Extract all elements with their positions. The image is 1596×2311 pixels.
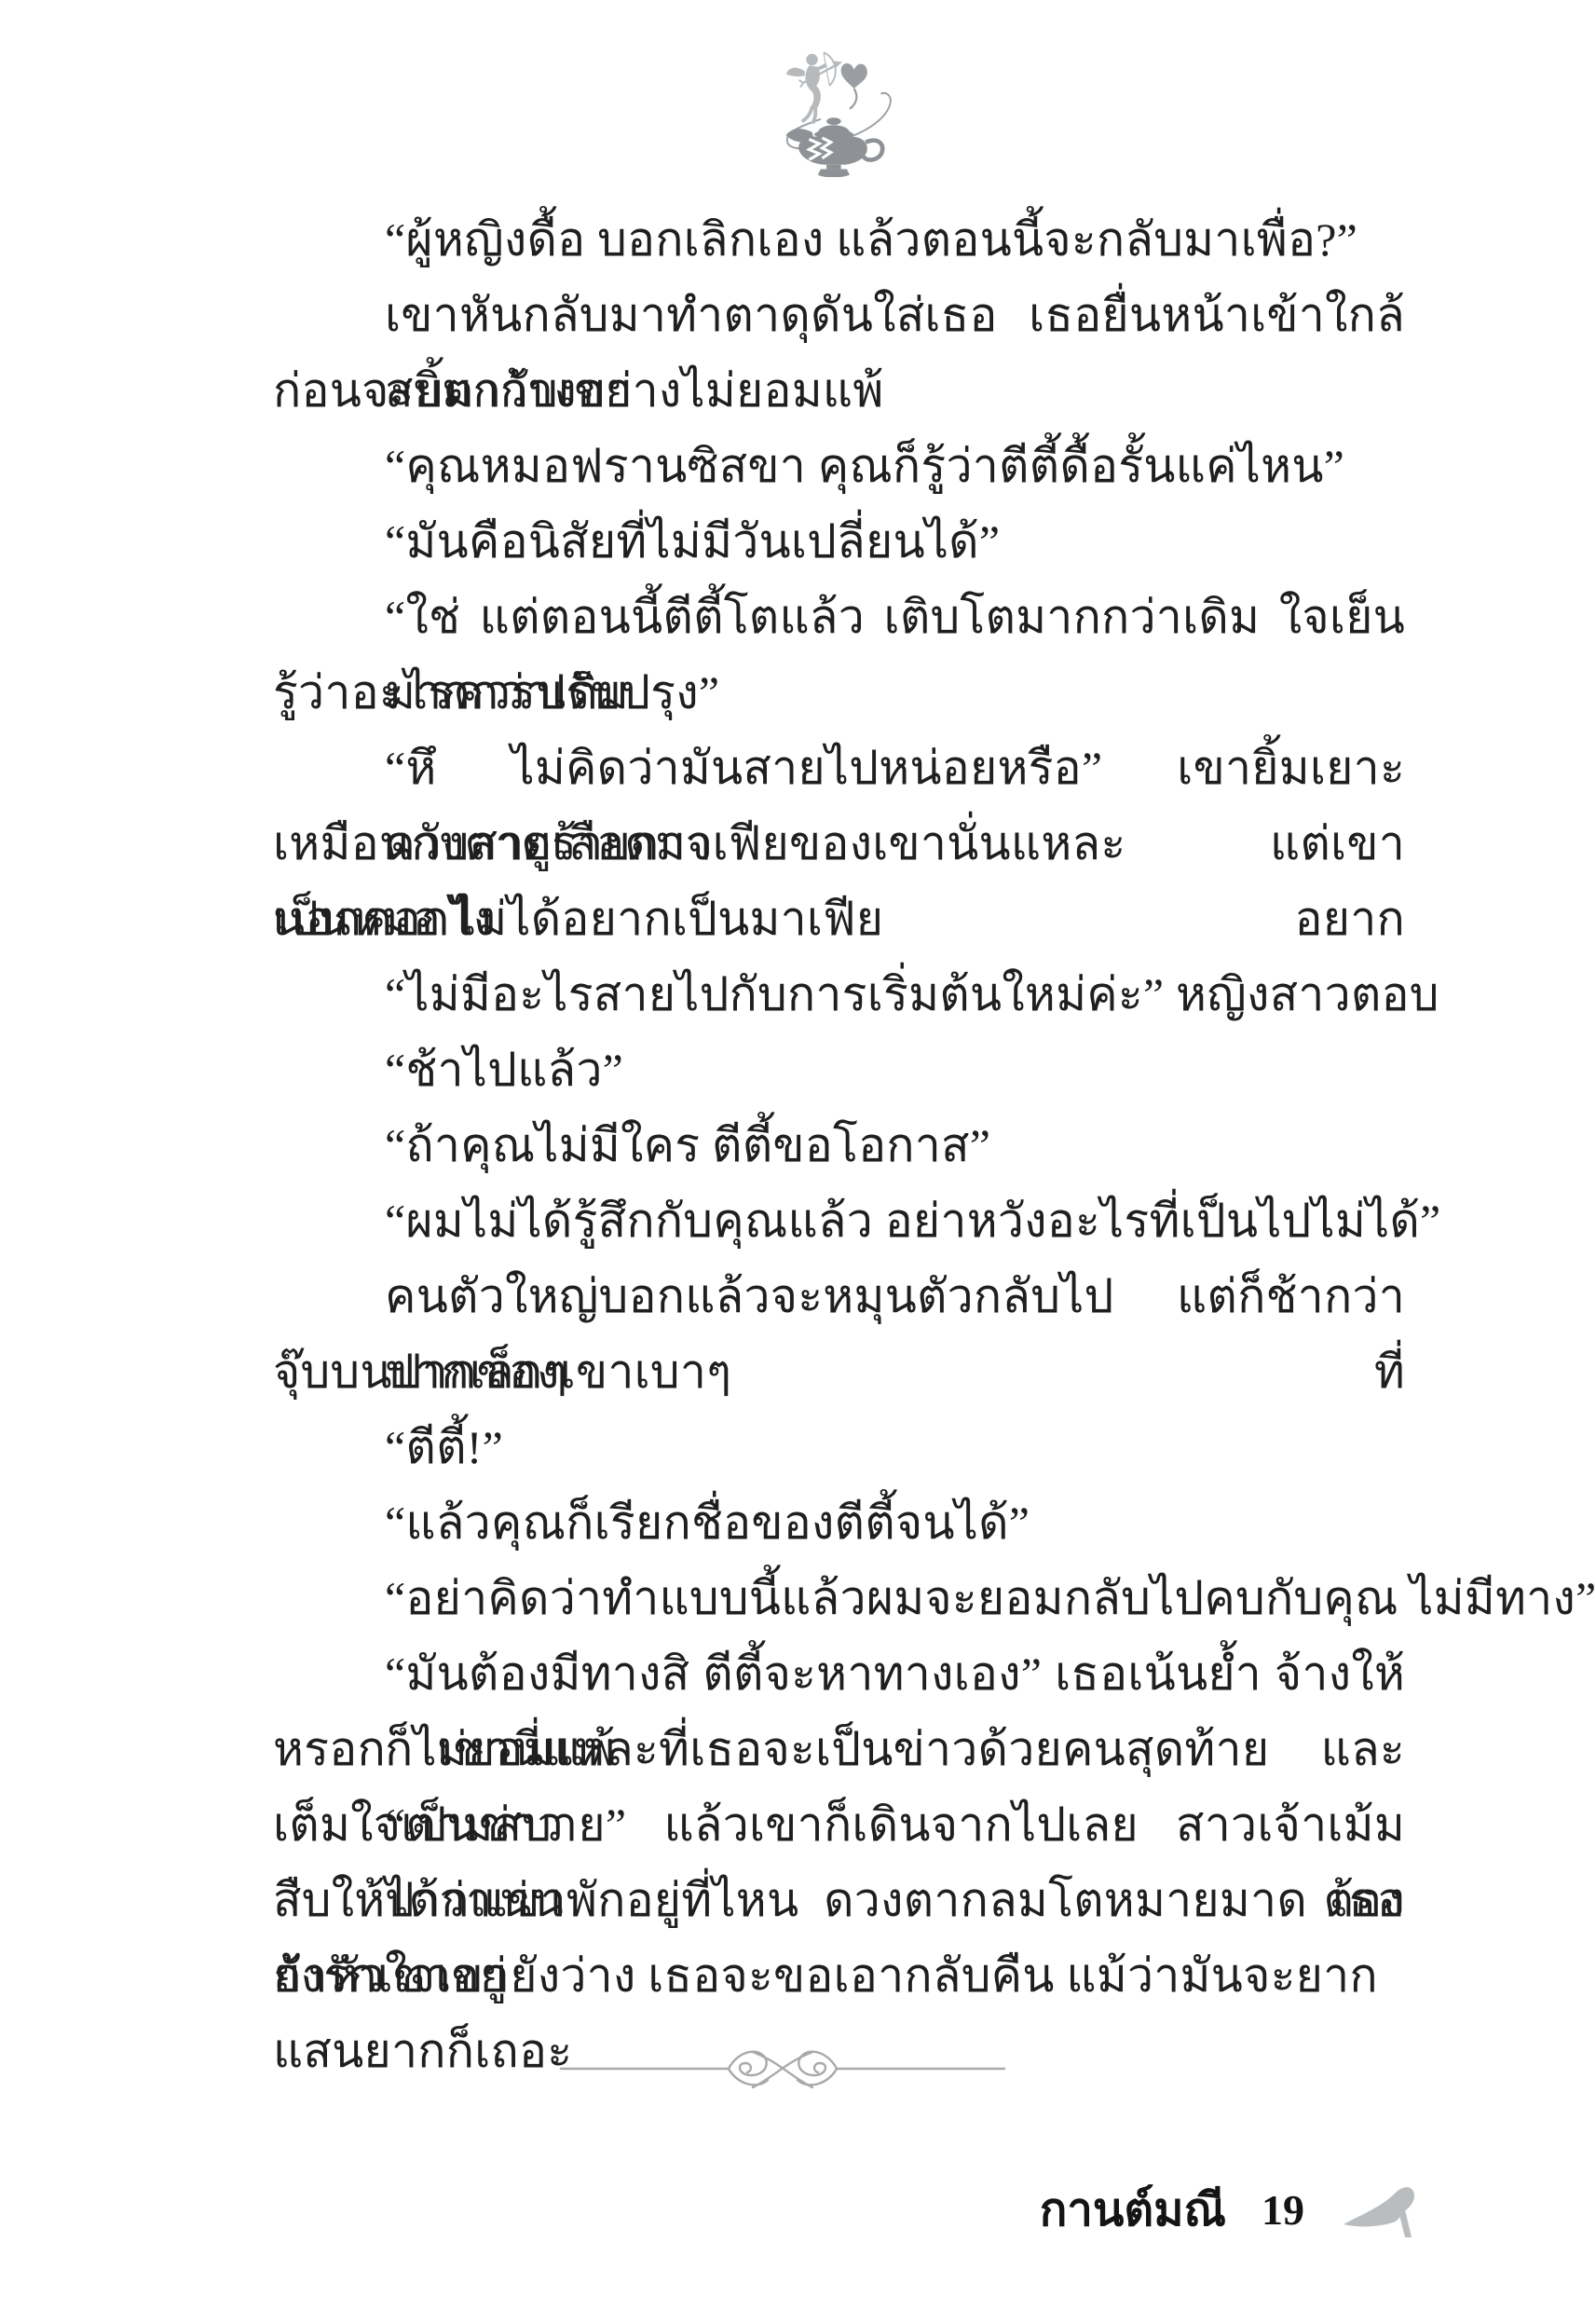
book-page: “ผู้หญิงดื้อ บอกเลิกเอง แล้วตอนนี้จะกลับ… bbox=[0, 0, 1596, 2311]
text-line: ก่อนจะยิ้มกว้างอย่างไม่ยอมแพ้ bbox=[273, 353, 1405, 429]
text-line: “คุณหมอฟรานซิสขา คุณก็รู้ว่าตีตี้ดื้อรั้… bbox=[273, 429, 1405, 504]
page-footer: กานต์มณี 19 bbox=[1040, 2173, 1425, 2248]
text-line: “หึ ไม่คิดว่ามันสายไปหน่อยหรือ” เขายิ้มเ… bbox=[273, 731, 1405, 806]
text-line: ถ้าหัวใจเขายังว่าง เธอจะขอเอากลับคืน แม้… bbox=[273, 1938, 1405, 2014]
text-line: “มันต้องมีทางสิ ตีตี้จะหาทางเอง” เธอเน้น… bbox=[273, 1636, 1405, 1712]
body-text: “ผู้หญิงดื้อ บอกเลิกเอง แล้วตอนนี้จะกลับ… bbox=[273, 202, 1405, 2014]
text-line: “ผมไม่ได้รู้สึกกับคุณแล้ว อย่าหวังอะไรที… bbox=[273, 1183, 1405, 1259]
divider-flourish-icon bbox=[559, 2036, 1006, 2101]
text-line: หรอก เขานี่แหละที่เธอจะเป็นข่าวด้วยคนสุด… bbox=[273, 1712, 1405, 1787]
text-line: “แล้วคุณก็เรียกชื่อของตีตี้จนได้” bbox=[273, 1485, 1405, 1561]
text-line: “ช้าไปแล้ว” bbox=[273, 1032, 1405, 1108]
text-line: คนตัวใหญ่บอกแล้วจะหมุนตัวกลับไป แต่ก็ช้า… bbox=[273, 1259, 1405, 1334]
text-line: “ตีตี้!” bbox=[273, 1410, 1405, 1485]
text-line: “ตามสบาย” แล้วเขาก็เดินจากไปเลย สาวเจ้าเ… bbox=[273, 1787, 1405, 1863]
high-heel-icon bbox=[1340, 2180, 1425, 2241]
text-line: “ผู้หญิงดื้อ บอกเลิกเอง แล้วตอนนี้จะกลับ… bbox=[273, 202, 1405, 278]
text-line: “อย่าคิดว่าทำแบบนี้แล้วผมจะยอมกลับไปคบกั… bbox=[273, 1561, 1405, 1636]
text-line: รู้ว่าอะไรควรปรับปรุง” bbox=[273, 655, 1405, 731]
lamp-cupid-ornament-icon bbox=[771, 47, 902, 177]
text-line: เขาหันกลับมาทำตาดุดันใส่เธอ เธอยื่นหน้าเ… bbox=[273, 278, 1405, 353]
text-line: สืบให้ได้ว่าเขาพักอยู่ที่ไหน ดวงตากลมโตห… bbox=[273, 1863, 1405, 1938]
text-line: “มันคือนิสัยที่ไม่มีวันเปลี่ยนได้” bbox=[273, 504, 1405, 580]
text-line: “ถ้าคุณไม่มีใคร ตีตี้ขอโอกาส” bbox=[273, 1108, 1405, 1183]
text-line: “ใช่ แต่ตอนนี้ตีตี้โตแล้ว เติบโตมากกว่าเ… bbox=[273, 580, 1405, 655]
text-line: เหมือนกับสายเลือดมาเฟียของเขานั่นแหละ แต… bbox=[273, 806, 1405, 882]
text-line: “ไม่มีอะไรสายไปกับการเริ่มต้นใหม่ค่ะ” หญ… bbox=[273, 957, 1405, 1032]
footer-page-number: 19 bbox=[1262, 2173, 1304, 2248]
footer-book-title: กานต์มณี bbox=[1040, 2173, 1226, 2248]
